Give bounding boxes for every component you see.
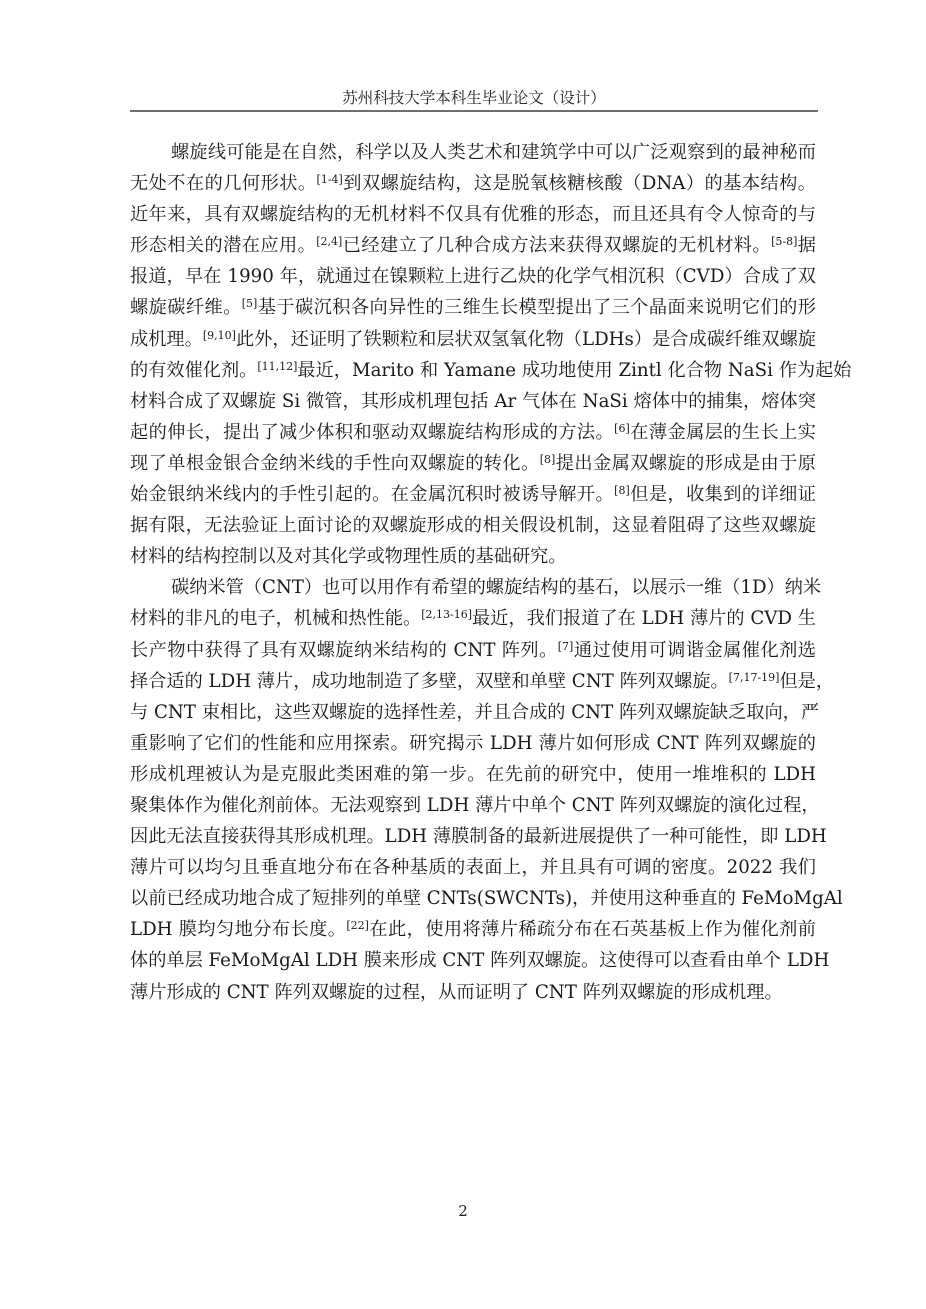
text-line: 始金银纳米线内的手性引起的。在金属沉积时被诱导解开。[8]但是，收集到的详细证: [130, 479, 816, 510]
citation-reference: [22]: [346, 919, 369, 932]
text-line: 据有限，无法验证上面讨论的双螺旋形成的相关假设机制，这显着阻碍了这些双螺旋: [130, 510, 816, 541]
citation-reference: [11,12]: [257, 360, 297, 373]
citation-reference: [2,4]: [316, 235, 342, 248]
header-rule: [130, 110, 818, 112]
text-line: 现了单根金银合金纳米线的手性向双螺旋的转化。[8]提出金属双螺旋的形成是由于原: [130, 448, 816, 479]
text-line: 薄片形成的 CNT 阵列双螺旋的过程，从而证明了 CNT 阵列双螺旋的形成机理。: [130, 977, 816, 1008]
citation-reference: [8]: [540, 453, 556, 466]
text-line: 螺旋线可能是在自然，科学以及人类艺术和建筑学中可以广泛观察到的最神秘而: [130, 137, 816, 168]
citation-reference: [8]: [614, 484, 630, 497]
text-line: 与 CNT 束相比，这些双螺旋的选择性差，并且合成的 CNT 阵列双螺旋缺乏取向…: [130, 697, 816, 728]
text-line: 体的单层 FeMoMgAl LDH 膜来形成 CNT 阵列双螺旋。这使得可以查看…: [130, 945, 816, 976]
text-line: 近年来，具有双螺旋结构的无机材料不仅具有优雅的形态，而且还具有令人惊奇的与: [130, 199, 816, 230]
text-line: 报道，早在 1990 年，就通过在镍颗粒上进行乙炔的化学气相沉积（CVD）合成了…: [130, 261, 816, 292]
body-text: 螺旋线可能是在自然，科学以及人类艺术和建筑学中可以广泛观察到的最神秘而无处不在的…: [130, 137, 816, 1008]
citation-reference: [2,13-16]: [421, 608, 472, 621]
text-line: 以前已经成功地合成了短排列的单壁 CNTs(SWCNTs)，并使用这种垂直的 F…: [130, 883, 816, 914]
page-number: 2: [0, 1202, 926, 1220]
text-line: 形成机理被认为是克服此类困难的第一步。在先前的研究中，使用一堆堆积的 LDH: [130, 759, 816, 790]
citation-reference: [7,17-19]: [729, 671, 780, 684]
text-line: 材料合成了双螺旋 Si 微管，其形成机理包括 Ar 气体在 NaSi 熔体中的捕…: [130, 386, 816, 417]
text-line: 择合适的 LDH 薄片，成功地制造了多壁，双壁和单壁 CNT 阵列双螺旋。[7,…: [130, 666, 816, 697]
text-line: 材料的结构控制以及对其化学或物理性质的基础研究。: [130, 541, 816, 572]
running-header: 苏州科技大学本科生毕业论文（设计）: [130, 88, 818, 108]
text-line: 起的伸长，提出了减少体积和驱动双螺旋结构形成的方法。[6]在薄金属层的生长上实: [130, 417, 816, 448]
text-line: 重影响了它们的性能和应用探索。研究揭示 LDH 薄片如何形成 CNT 阵列双螺旋…: [130, 728, 816, 759]
citation-reference: [1-4]: [317, 173, 343, 186]
paragraph-2: 碳纳米管（CNT）也可以用作有希望的螺旋结构的基石，以展示一维（1D）纳米材料的…: [130, 572, 816, 1007]
text-line: 无处不在的几何形状。[1-4]到双螺旋结构，这是脱氧核糖核酸（DNA）的基本结构…: [130, 168, 816, 199]
text-line: 薄片可以均匀且垂直地分布在各种基质的表面上，并且具有可调的密度。2022 我们: [130, 852, 816, 883]
text-line: 的有效催化剂。[11,12]最近，Marito 和 Yamane 成功地使用 Z…: [130, 355, 816, 386]
text-line: 碳纳米管（CNT）也可以用作有希望的螺旋结构的基石，以展示一维（1D）纳米: [130, 572, 816, 603]
citation-reference: [7]: [558, 640, 574, 653]
text-line: 因此无法直接获得其形成机理。LDH 薄膜制备的最新进展提供了一种可能性，即 LD…: [130, 821, 816, 852]
text-line: 材料的非凡的电子，机械和热性能。[2,13-16]最近，我们报道了在 LDH 薄…: [130, 603, 816, 634]
text-line: LDH 膜均匀地分布长度。[22]在此，使用将薄片稀疏分布在石英基板上作为催化剂…: [130, 914, 816, 945]
citation-reference: [9,10]: [203, 329, 236, 342]
citation-reference: [6]: [614, 422, 630, 435]
citation-reference: [5]: [242, 297, 258, 310]
text-line: 聚集体作为催化剂前体。无法观察到 LDH 薄片中单个 CNT 阵列双螺旋的演化过…: [130, 790, 816, 821]
text-line: 形态相关的潜在应用。[2,4]已经建立了几种合成方法来获得双螺旋的无机材料。[5…: [130, 230, 816, 261]
text-line: 长产物中获得了具有双螺旋纳米结构的 CNT 阵列。[7]通过使用可调谐金属催化剂…: [130, 635, 816, 666]
citation-reference: [5-8]: [771, 235, 797, 248]
paragraph-1: 螺旋线可能是在自然，科学以及人类艺术和建筑学中可以广泛观察到的最神秘而无处不在的…: [130, 137, 816, 572]
text-line: 成机理。[9,10]此外，还证明了铁颗粒和层状双氢氧化物（LDHs）是合成碳纤维…: [130, 324, 816, 355]
text-line: 螺旋碳纤维。[5]基于碳沉积各向异性的三维生长模型提出了三个晶面来说明它们的形: [130, 292, 816, 323]
